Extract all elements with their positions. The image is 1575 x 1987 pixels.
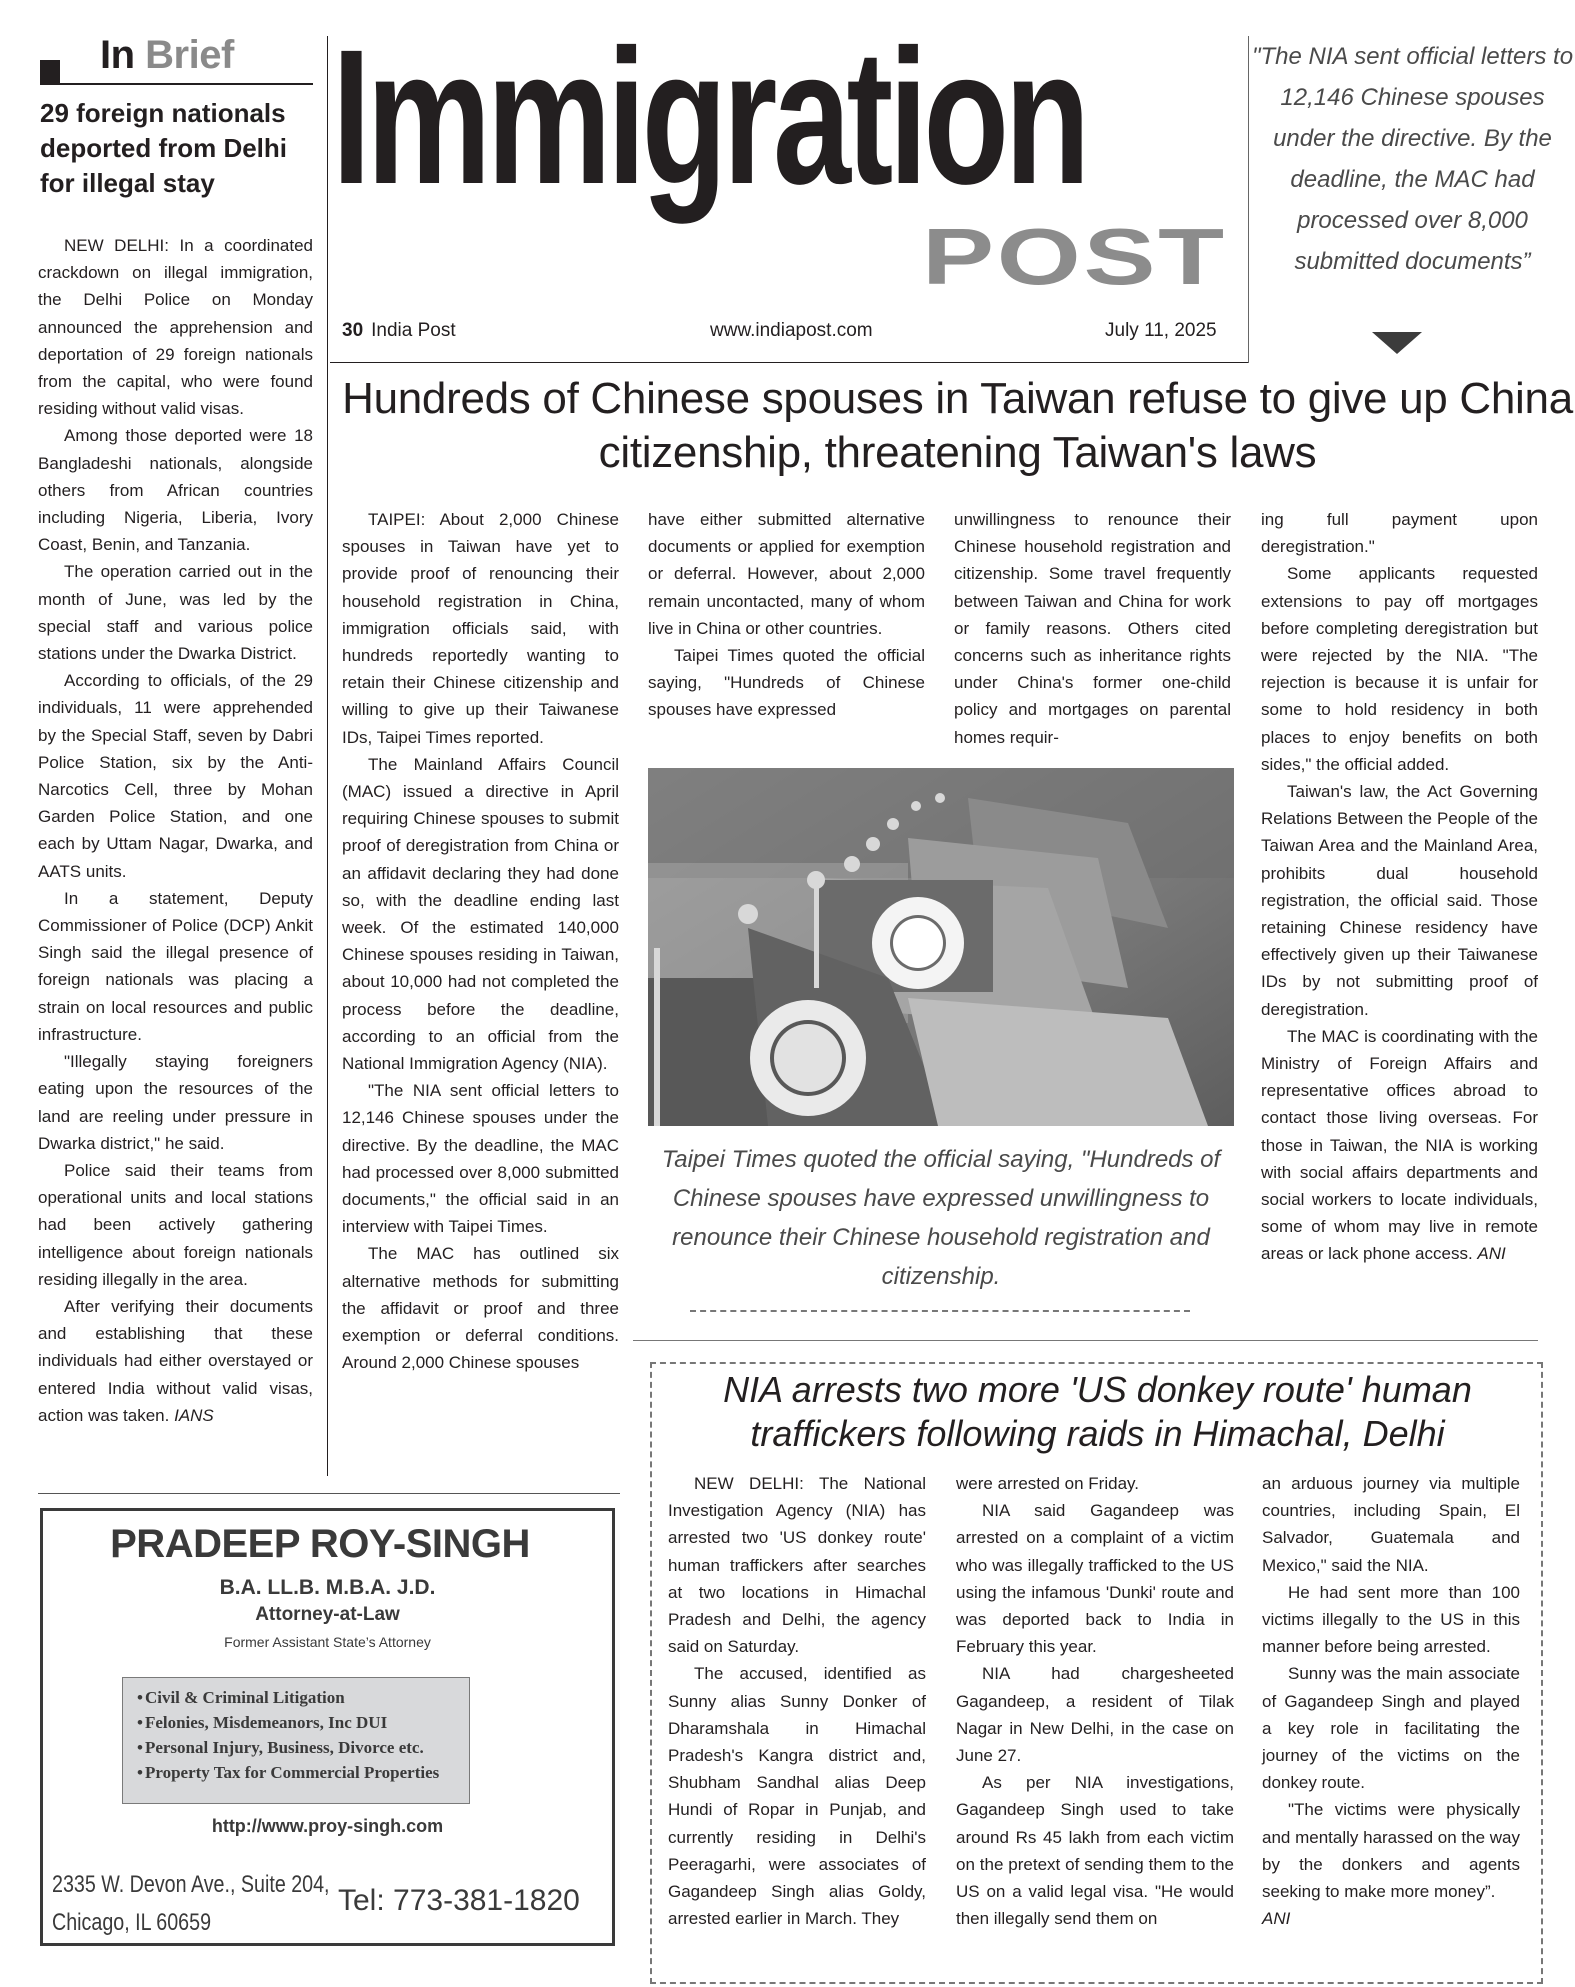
ad-website-link[interactable]: http://www.proy-singh.com — [40, 1816, 615, 1837]
paragraph: NEW DELHI: The National Investigation Ag… — [668, 1470, 926, 1660]
caption-divider — [690, 1310, 1190, 1312]
brief-article-body: NEW DELHI: In a coordinated crackdown on… — [38, 232, 313, 1429]
paragraph: After verifying their documents and esta… — [38, 1293, 313, 1429]
paragraph: Among those deported were 18 Bangladeshi… — [38, 422, 313, 558]
second-story-column-3: an arduous journey via multiple countrie… — [1262, 1470, 1520, 1932]
paragraph: "Illegally staying foreigners eating upo… — [38, 1048, 313, 1157]
in-brief-label-brief: Brief — [145, 33, 234, 77]
flags-photo-illustration — [648, 768, 1234, 1126]
paragraph: Taiwan's law, the Act Governing Relation… — [1261, 778, 1538, 1023]
photo-caption: Taipei Times quoted the official saying,… — [648, 1140, 1234, 1296]
paragraph: The Mainland Affairs Council (MAC) issue… — [342, 751, 619, 1077]
section-divider — [40, 83, 313, 85]
ad-service-item: Property Tax for Commercial Properties — [137, 1760, 469, 1785]
pull-quote: "The NIA sent official letters to 12,146… — [1250, 36, 1575, 282]
news-agency-credit: ANI — [1477, 1244, 1505, 1263]
in-brief-label-in: In — [100, 33, 135, 77]
paragraph: an arduous journey via multiple countrie… — [1262, 1470, 1520, 1579]
paragraph: Police said their teams from operational… — [38, 1157, 313, 1293]
main-story-headline: Hundreds of Chinese spouses in Taiwan re… — [340, 372, 1575, 480]
news-agency-credit: ANI — [1262, 1905, 1520, 1932]
ad-service-item: Civil & Criminal Litigation — [137, 1685, 469, 1710]
paragraph: NEW DELHI: In a coordinated crackdown on… — [38, 232, 313, 422]
page-folio: 30India Post — [342, 320, 456, 342]
issue-date: July 11, 2025 — [1105, 320, 1217, 342]
paragraph-text: The MAC is coordinating with the Ministr… — [1261, 1027, 1538, 1264]
masthead-title: Immigration — [332, 22, 989, 212]
section-marker-block — [40, 60, 60, 84]
masthead-divider — [330, 362, 1248, 363]
paragraph: unwillingness to renounce their Chinese … — [954, 506, 1231, 751]
ad-services-list: Civil & Criminal Litigation Felonies, Mi… — [137, 1685, 469, 1785]
ad-address: 2335 W. Devon Ave., Suite 204, Chicago, … — [52, 1866, 330, 1942]
section-divider — [633, 1340, 1538, 1341]
paragraph: In a statement, Deputy Commissioner of P… — [38, 885, 313, 1048]
ad-service-item: Personal Injury, Business, Divorce etc. — [137, 1735, 469, 1760]
paragraph: ing full payment upon deregistration." — [1261, 506, 1538, 560]
ad-service-item: Felonies, Misdemeanors, Inc DUI — [137, 1710, 469, 1735]
paragraph: NIA said Gagandeep was arrested on a com… — [956, 1497, 1234, 1660]
ad-title: Attorney-at-Law — [40, 1604, 615, 1626]
paragraph: Sunny was the main associate of Gagandee… — [1262, 1660, 1520, 1796]
paragraph: He had sent more than 100 victims illega… — [1262, 1579, 1520, 1661]
page-number: 30 — [342, 320, 363, 341]
ad-attorney-name: PRADEEP ROY-SINGH — [40, 1522, 600, 1567]
ad-phone: Tel: 773-381-1820 — [338, 1884, 580, 1918]
main-story-column-3: unwillingness to renounce their Chinese … — [954, 506, 1231, 751]
paragraph: The MAC is coordinating with the Ministr… — [1261, 1023, 1538, 1268]
column-rule — [327, 36, 328, 1476]
section-divider — [38, 1493, 620, 1494]
second-story-column-1: NEW DELHI: The National Investigation Ag… — [668, 1470, 926, 1932]
main-story-column-2: have either submitted alternative docume… — [648, 506, 925, 724]
paragraph: Some applicants requested extensions to … — [1261, 560, 1538, 778]
in-brief-label: In Brief — [100, 30, 234, 80]
second-story-headline: NIA arrests two more 'US donkey route' h… — [660, 1368, 1535, 1456]
paragraph: The accused, identified as Sunny alias S… — [668, 1660, 926, 1932]
column-rule — [1248, 36, 1249, 363]
paragraph: "The victims were physically and mentall… — [1262, 1796, 1520, 1905]
paragraph: NIA had chargesheeted Gagandeep, a resid… — [956, 1660, 1234, 1769]
second-story-column-2: were arrested on Friday. NIA said Gagand… — [956, 1470, 1234, 1932]
ad-address-line-1: 2335 W. Devon Ave., Suite 204, — [52, 1866, 330, 1904]
paragraph: were arrested on Friday. — [956, 1470, 1234, 1497]
triangle-down-icon — [1372, 332, 1422, 354]
news-agency-credit: IANS — [174, 1406, 214, 1425]
paragraph: TAIPEI: About 2,000 Chinese spouses in T… — [342, 506, 619, 751]
paragraph: According to officials, of the 29 indivi… — [38, 667, 313, 885]
ad-address-line-2: Chicago, IL 60659 — [52, 1904, 330, 1942]
story-photo-taiwan-flags — [648, 768, 1234, 1126]
paragraph: "The NIA sent official letters to 12,146… — [342, 1077, 619, 1240]
paragraph: As per NIA investigations, Gagandeep Sin… — [956, 1769, 1234, 1932]
masthead-subtitle: POST — [922, 222, 1227, 292]
main-story-column-1: TAIPEI: About 2,000 Chinese spouses in T… — [342, 506, 619, 1377]
publication-url[interactable]: www.indiapost.com — [710, 320, 873, 342]
paragraph: The operation carried out in the month o… — [38, 558, 313, 667]
paragraph: The MAC has outlined six alternative met… — [342, 1240, 619, 1376]
publication-name: India Post — [371, 320, 456, 341]
ad-services-panel: Civil & Criminal Litigation Felonies, Mi… — [122, 1677, 470, 1804]
brief-headline: 29 foreign nationals deported from Delhi… — [40, 96, 320, 201]
main-story-column-4: ing full payment upon deregistration." S… — [1261, 506, 1538, 1268]
paragraph: Taipei Times quoted the official saying,… — [648, 642, 925, 724]
ad-degrees: B.A. LL.B. M.B.A. J.D. — [40, 1576, 615, 1600]
paragraph: have either submitted alternative docume… — [648, 506, 925, 642]
ad-subtitle: Former Assistant State’s Attorney — [40, 1634, 615, 1650]
